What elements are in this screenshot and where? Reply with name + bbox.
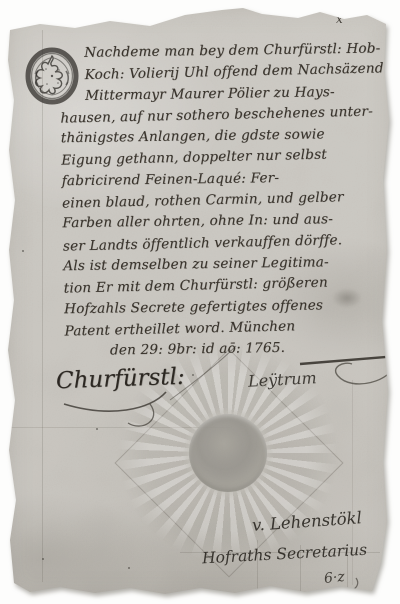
paper-sheet: 4 x Nachdeme man bey dem Churf xyxy=(0,0,400,604)
manuscript-dateline: den 29: 9br: id aō: 1765. xyxy=(110,336,400,362)
corner-mark: 4 xyxy=(10,20,16,31)
paper-sheet-wrap: 4 x Nachdeme man bey dem Churf xyxy=(0,0,400,604)
scanned-document: 4 x Nachdeme man bey dem Churf xyxy=(0,0,400,604)
paraph-flourish-icon: 6·z xyxy=(323,569,345,587)
ink-speckle xyxy=(96,428,98,430)
wax-seal-icon xyxy=(189,414,267,492)
manuscript-body: Nachdeme man bey dem Churfürstl: Hob- Ko… xyxy=(0,37,400,364)
signature-left: Churfürstl: xyxy=(56,364,186,394)
signature-right: Leÿtrum xyxy=(248,368,318,391)
ink-speckle xyxy=(128,567,130,569)
collation-x-mark: x xyxy=(336,12,343,26)
ink-speckle xyxy=(42,558,44,560)
